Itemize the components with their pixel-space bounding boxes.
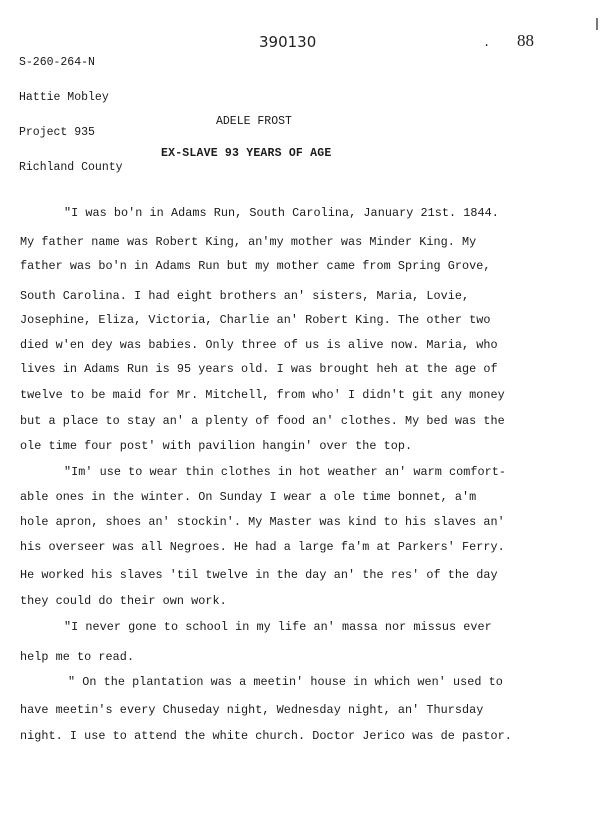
scan-edge-mark — [596, 18, 598, 30]
metadata-author: Hattie Mobley — [19, 92, 123, 104]
text-line: died w'en dey was babies. Only three of … — [20, 338, 498, 352]
metadata-project: Project 935 — [19, 127, 123, 139]
text-line: but a place to stay an' a plenty of food… — [20, 414, 505, 428]
page-number: 88 — [517, 31, 534, 51]
text-line: ole time four post' with pavilion hangin… — [20, 439, 412, 453]
text-line: have meetin's every Chuseday night, Wedn… — [20, 703, 483, 717]
text-line: "I never gone to school in my life an' m… — [64, 620, 492, 634]
text-line: He worked his slaves 'til twelve in the … — [20, 568, 498, 582]
text-line: lives in Adams Run is 95 years old. I wa… — [20, 362, 498, 376]
text-line: " On the plantation was a meetin' house … — [68, 675, 503, 689]
text-line: able ones in the winter. On Sunday I wea… — [20, 490, 476, 504]
document-metadata: S-260-264-N Hattie Mobley Project 935 Ri… — [19, 34, 123, 185]
text-line: his overseer was all Negroes. He had a l… — [20, 540, 505, 554]
metadata-county: Richland County — [19, 162, 123, 174]
text-line: "I was bo'n in Adams Run, South Carolina… — [64, 206, 499, 220]
page-dot-mark: . — [483, 36, 490, 50]
text-line: help me to read. — [20, 650, 134, 664]
metadata-code: S-260-264-N — [19, 57, 123, 69]
text-line: night. I use to attend the white church.… — [20, 729, 512, 743]
text-line: South Carolina. I had eight brothers an'… — [20, 289, 469, 303]
text-line: "Im' use to wear thin clothes in hot wea… — [64, 465, 506, 479]
document-title: ADELE FROST — [216, 115, 292, 128]
document-number: 390130 — [259, 33, 316, 51]
text-line: they could do their own work. — [20, 594, 227, 608]
text-line: father was bo'n in Adams Run but my moth… — [20, 259, 491, 273]
document-subtitle: EX-SLAVE 93 YEARS OF AGE — [161, 147, 331, 160]
text-line: twelve to be maid for Mr. Mitchell, from… — [20, 388, 505, 402]
text-line: Josephine, Eliza, Victoria, Charlie an' … — [20, 313, 491, 327]
text-line: hole apron, shoes an' stockin'. My Maste… — [20, 515, 505, 529]
text-line: My father name was Robert King, an'my mo… — [20, 235, 476, 249]
